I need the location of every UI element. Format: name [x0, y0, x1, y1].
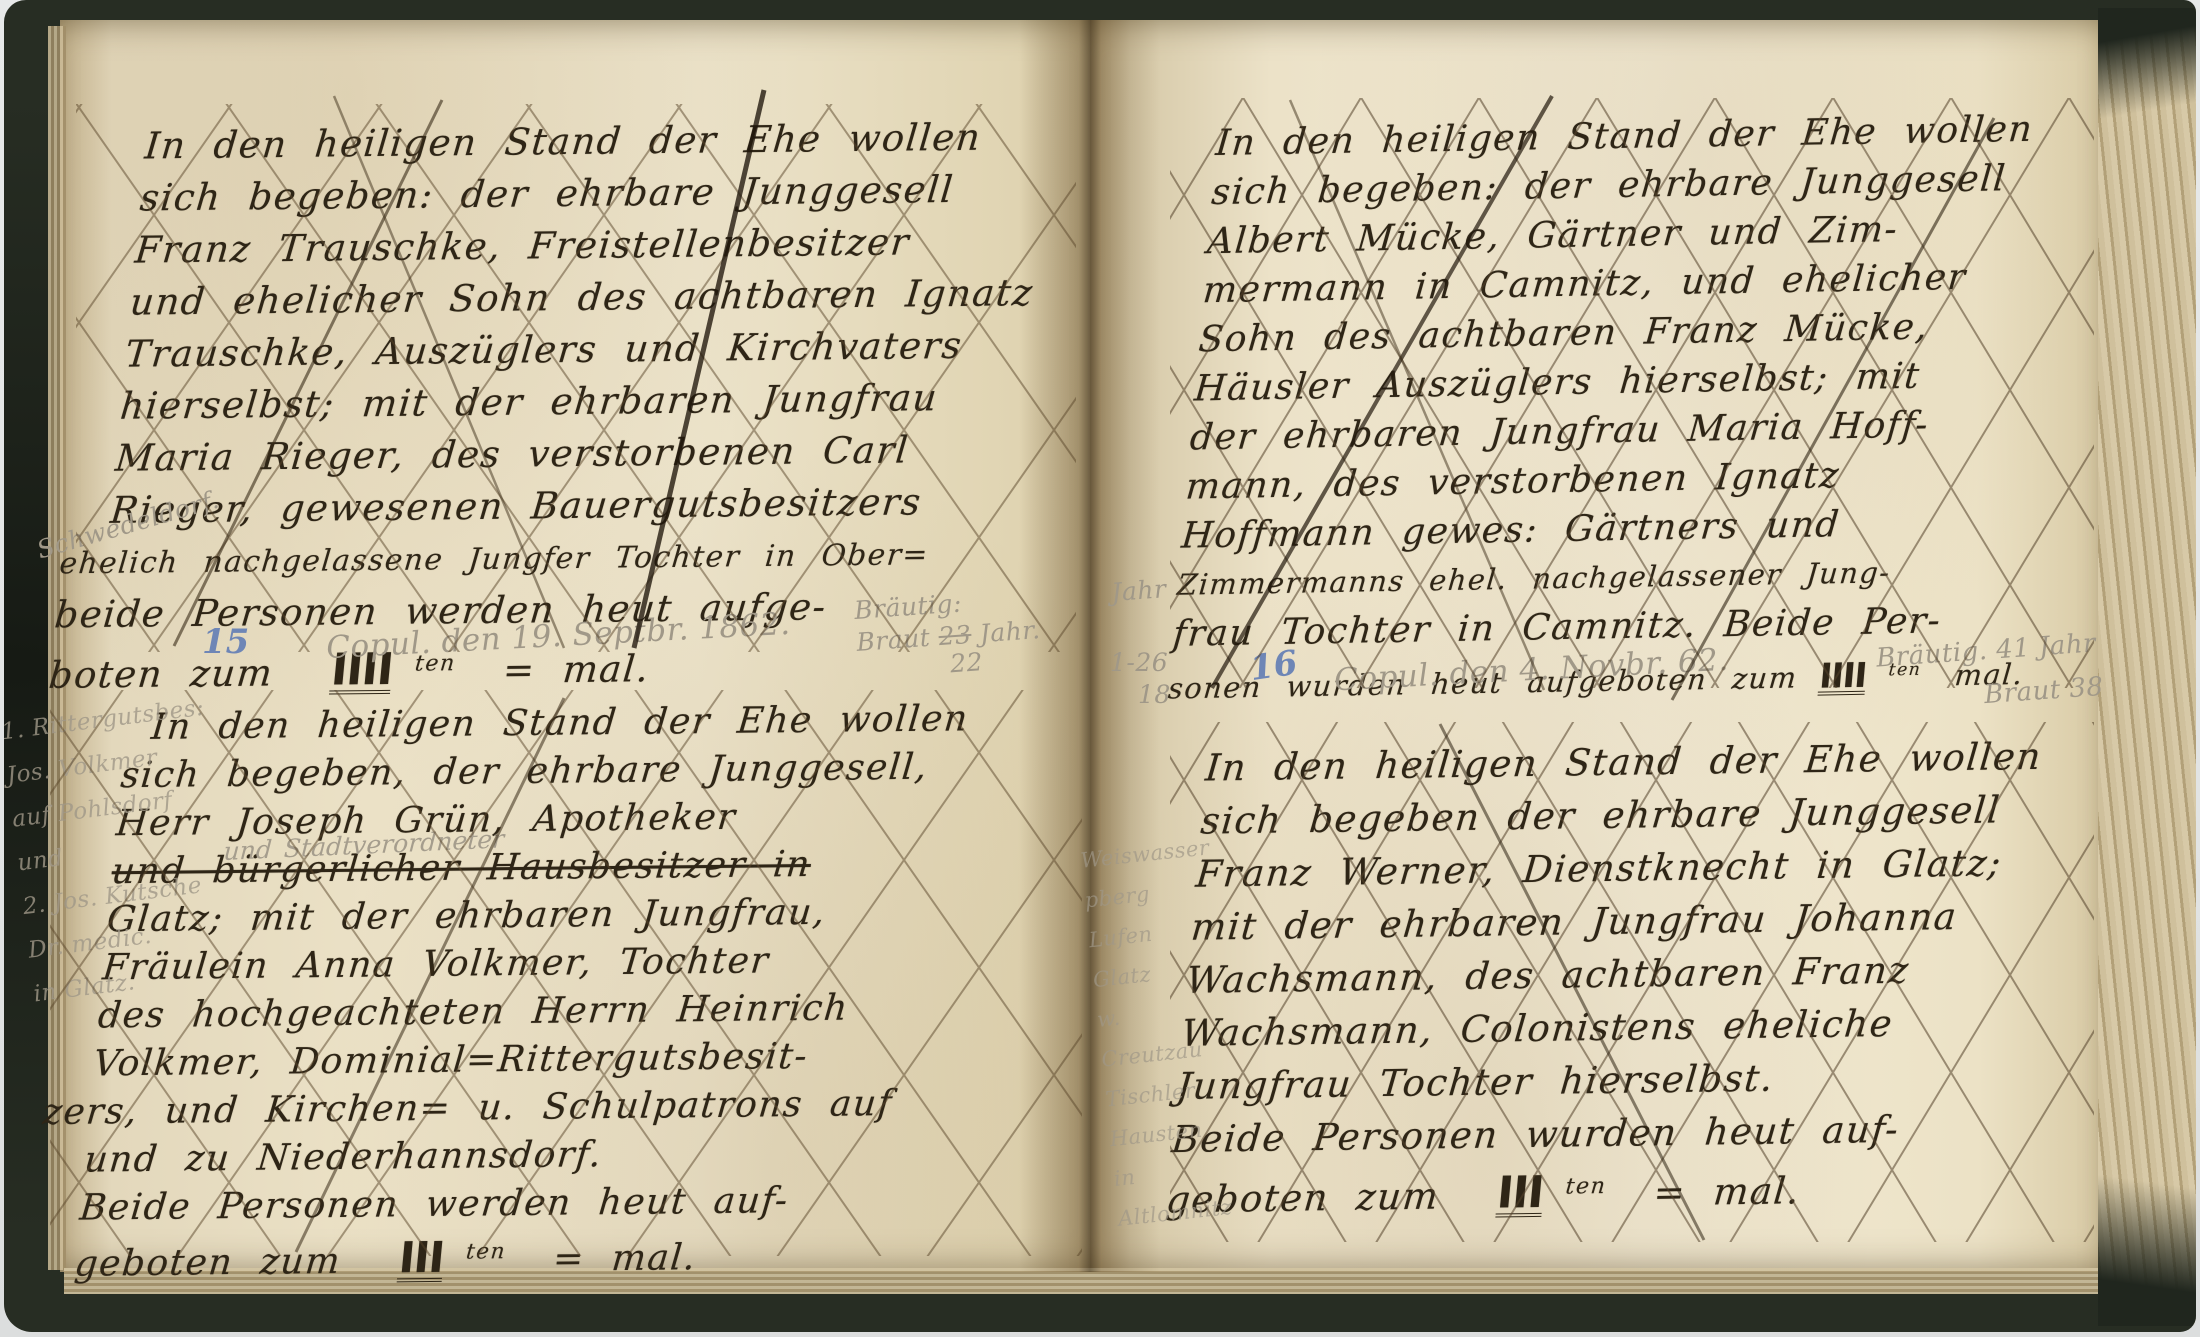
margin-note: und: [16, 826, 222, 877]
margin-note: Glatz: [1092, 956, 1223, 991]
banns-entry: In den heiligen Stand der Ehe wollen sic…: [1164, 730, 2044, 1227]
manuscript-line: In den heiligen Stand der Ehe wollen: [149, 695, 971, 752]
tally-prefix: geboten zum: [73, 1241, 343, 1285]
manuscript-line: zers, und Kirchen= u. Schulpatrons auf: [41, 1080, 935, 1137]
manuscript-line: In den heiligen Stand der Ehe wollen: [143, 111, 1051, 173]
manuscript-line: geboten zumIIIten= mal.: [72, 1224, 921, 1289]
tally-mark: IIII: [1818, 660, 1868, 695]
margin-note: Lufen: [1088, 916, 1219, 951]
tally-mark: III: [1495, 1173, 1545, 1217]
manuscript-line: und bürgerlicher Hausbesitzer in und Sta…: [109, 839, 957, 896]
margin-note: in: [1113, 1155, 1244, 1190]
margin-note: Creutzau: [1100, 1035, 1231, 1070]
margin-note: Altlomnitz: [1117, 1194, 1248, 1229]
manuscript-line: hierselbst; mit der ehrbaren Jungfrau: [118, 371, 1026, 433]
manuscript-line: Trauschke, Auszüglers und Kirchvaters: [123, 319, 1031, 381]
margin-note: Jos. Volkmer: [5, 738, 211, 789]
fore-edge-stack: [2098, 8, 2196, 1326]
margin-note: pberg: [1084, 876, 1215, 911]
tally-suffix: = mal.: [551, 1237, 698, 1280]
manuscript-line: ehelich nachgelassene Jungfer Tochter in…: [57, 527, 1011, 589]
manuscript-line: Franz Trauschke, Freistellenbesitzer: [133, 215, 1041, 277]
register-number: 15: [202, 622, 249, 662]
groom-age-unit: Jahr: [1110, 574, 1167, 607]
manuscript-line: und ehelicher Sohn des achtbaren Ignatz: [128, 267, 1036, 329]
gutter-number: 18: [1138, 680, 1171, 709]
manuscript-line: Maria Rieger, des verstorbenen Carl: [113, 423, 1021, 485]
bride-age-unit: Jahr.: [979, 615, 1042, 648]
banns-entry: In den heiligen Stand der Ehe wollen sic…: [1166, 104, 2073, 714]
margin-notes: 1. Rittergutsbes: Jos. Volkmer auf Pohls…: [4, 695, 240, 1026]
margin-note: 2. Jos. Kutsche: [21, 869, 227, 920]
tally-mark: III: [397, 1240, 445, 1283]
register-number: 16: [1247, 643, 1299, 689]
book-cover: In den heiligen Stand der Ehe wollen sic…: [4, 0, 2196, 1332]
margin-note: w.: [1096, 995, 1227, 1030]
ordinal-suffix: ten: [465, 1239, 507, 1264]
groom-age-label: Bräutig:: [853, 588, 963, 624]
manuscript-scan: In den heiligen Stand der Ehe wollen sic…: [0, 0, 2200, 1337]
manuscript-line: sich begeben: der ehrbare Junggesell: [138, 163, 1046, 225]
gutter-number: 1-26: [1110, 648, 1168, 677]
margin-note: in Glatz.: [32, 957, 238, 1008]
bride-age-label: Braut: [855, 623, 931, 657]
manuscript-line: Rieger, gewesenen Bauergutsbesitzers: [108, 475, 1016, 537]
margin-note: Dr. medic.: [27, 913, 233, 964]
margin-note: Hausten: [1109, 1115, 1240, 1150]
margin-note: Tischler: [1105, 1075, 1236, 1110]
margin-note: auf Pohlsdorf: [11, 782, 217, 833]
ordinal-suffix: ten: [1564, 1173, 1607, 1200]
manuscript-line: geboten zumIIIten= mal.: [1164, 1154, 2006, 1226]
tally-suffix: = mal.: [1652, 1170, 1802, 1215]
manuscript-line: sich begeben, der ehrbare Junggesell,: [119, 743, 967, 800]
